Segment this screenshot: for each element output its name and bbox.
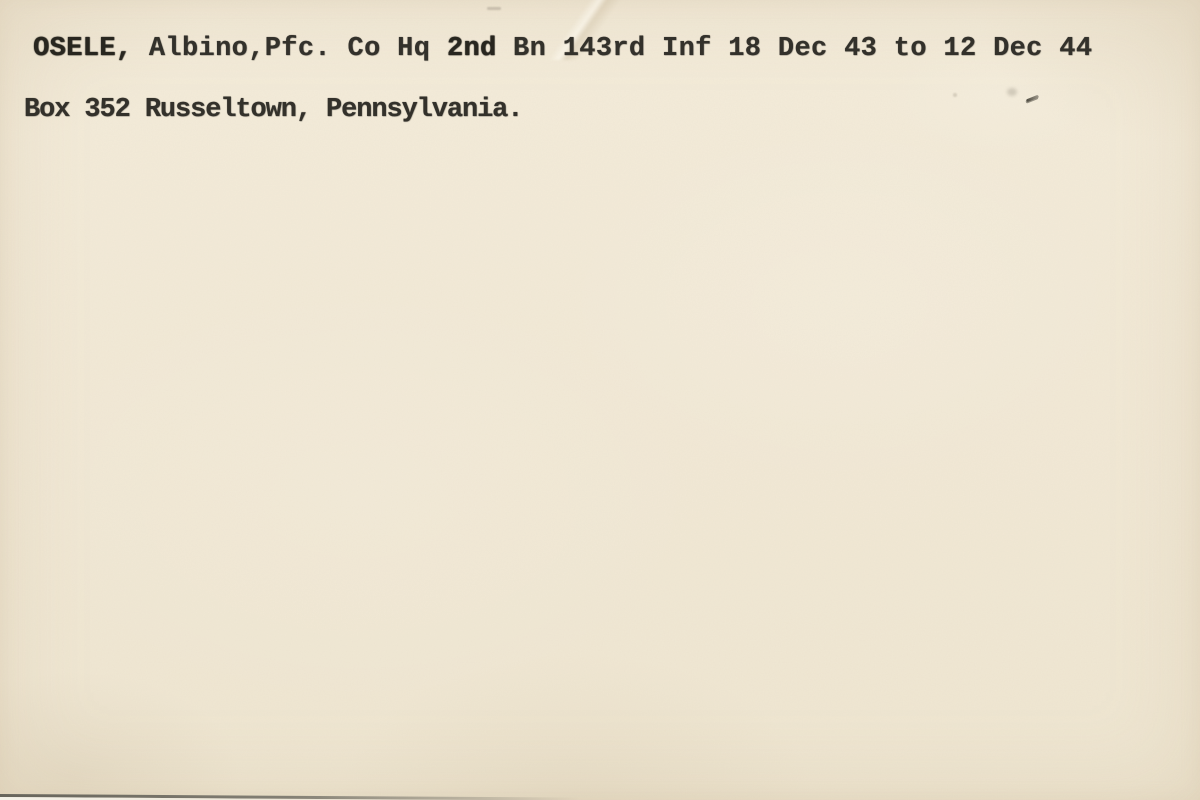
stray-ink-mark: [1026, 95, 1039, 103]
card-bottom-edge-shadow: [0, 794, 580, 800]
typewritten-segment: Bn 143rd Inf 18 Dec 43 to 12 Dec 44: [497, 34, 1093, 64]
ink-smudge: [1007, 88, 1017, 96]
typewritten-segment: 2nd: [447, 34, 497, 64]
typewritten-segment: Albino,Pfc. Co Hq: [132, 34, 447, 64]
typewritten-segment: OSELE,: [33, 34, 132, 64]
paper-speck: [487, 7, 501, 10]
index-card-scan: OSELE, Albino,Pfc. Co Hq 2nd Bn 143rd In…: [0, 0, 1200, 800]
paper-speck: [953, 93, 957, 97]
typewritten-line-1: OSELE, Albino,Pfc. Co Hq 2nd Bn 143rd In…: [33, 36, 1092, 63]
typewritten-line-2: Box 352 Russeltown, Pennsylvania.: [24, 97, 522, 124]
